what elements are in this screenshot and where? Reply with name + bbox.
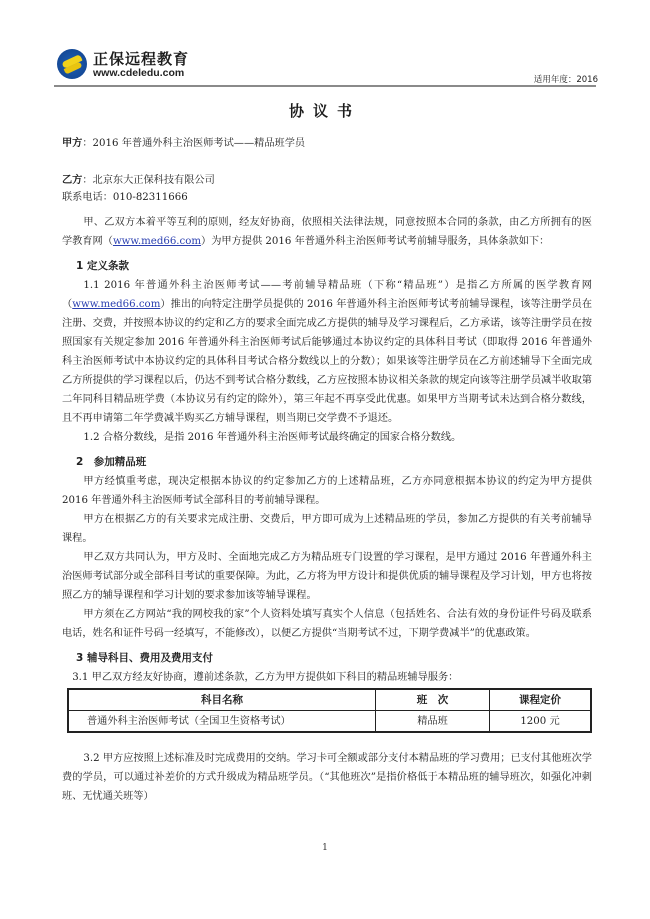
header-divider	[54, 85, 270, 87]
section-2-para-3: 甲乙双方共同认为，甲方及时、全面地完成乙方为精品班专门设置的学习课程，是甲方通过…	[62, 548, 592, 605]
applicable-year: 适用年度：2016	[534, 73, 598, 85]
clause-1-2: 1.2 合格分数线，是指 2016 年普通外科主治医师考试最终确定的国家合格分数…	[62, 428, 592, 447]
section-2-para-4: 甲方须在乙方网站“我的网校我的家”个人资料处填写真实个人信息（包括姓名、合法有效…	[62, 605, 592, 643]
party-a-label: 甲方	[62, 138, 82, 149]
section-1-heading: 1 定义条款	[76, 257, 592, 276]
section-2-heading: 2 参加精品班	[76, 453, 592, 472]
clause-3-2: 3.2 甲方应按照上述标准及时完成费用的交纳。学习卡可全额或部分支付本精品班的学…	[62, 749, 592, 806]
intro-paragraph: 甲、乙双方本着平等互利的原则，经友好协商，依照相关法律法规，同意按照本合同的条款…	[62, 213, 592, 251]
column-header-class: 班 次	[376, 689, 490, 711]
party-b-phone: 联系电话：010-82311666	[62, 188, 592, 207]
cell-price: 1200 元	[490, 711, 592, 733]
table-header-row: 科目名称 班 次 课程定价	[68, 689, 591, 711]
party-a: 甲方：2016 年普通外科主治医师考试——精品班学员	[62, 134, 592, 153]
column-header-subject: 科目名称	[68, 689, 376, 711]
agreement-body: 甲方：2016 年普通外科主治医师考试——精品班学员 乙方：北京东大正保科技有限…	[62, 134, 592, 806]
clause-1-1: 1.1 2016 年普通外科主治医师考试——考前辅导精品班（下称“精品班”）是指…	[62, 276, 592, 428]
clause-3-1: 3.1 甲乙双方经友好协商，遵前述条款，乙方为甲方提供如下科目的精品班辅导服务：	[62, 668, 592, 687]
page-title: 协议书	[0, 100, 650, 121]
swirl-logo-icon	[57, 49, 87, 79]
party-b-value: ：北京东大正保科技有限公司	[82, 175, 214, 186]
header-divider-right	[270, 85, 596, 87]
document-header: 正保远程教育 www.cdeledu.com	[55, 43, 583, 89]
med66-link[interactable]: www.med66.com	[113, 236, 201, 247]
cell-class: 精品班	[376, 711, 490, 733]
table-row: 普通外科主治医师考试（全国卫生资格考试） 精品班 1200 元	[68, 711, 591, 733]
med66-link-clause[interactable]: www.med66.com	[72, 299, 160, 310]
party-a-value: ：2016 年普通外科主治医师考试——精品班学员	[82, 138, 305, 149]
party-b-label: 乙方	[62, 175, 82, 186]
fee-table: 科目名称 班 次 课程定价 普通外科主治医师考试（全国卫生资格考试） 精品班 1…	[67, 688, 592, 733]
section-2-para-2: 甲方在根据乙方的有关要求完成注册、交费后，甲方即可成为上述精品班的学员，参加乙方…	[62, 510, 592, 548]
section-3-heading: 3 辅导科目、费用及费用支付	[76, 649, 592, 668]
logo-brand-name: 正保远程教育	[93, 48, 189, 69]
section-2-para-1: 甲方经慎重考虑，现决定根据本协议的约定参加乙方的上述精品班，乙方亦同意根据本协议…	[62, 472, 592, 510]
cell-subject: 普通外科主治医师考试（全国卫生资格考试）	[68, 711, 376, 733]
page-number: 1	[0, 843, 650, 853]
column-header-price: 课程定价	[490, 689, 592, 711]
logo-website-url: www.cdeledu.com	[93, 67, 184, 79]
